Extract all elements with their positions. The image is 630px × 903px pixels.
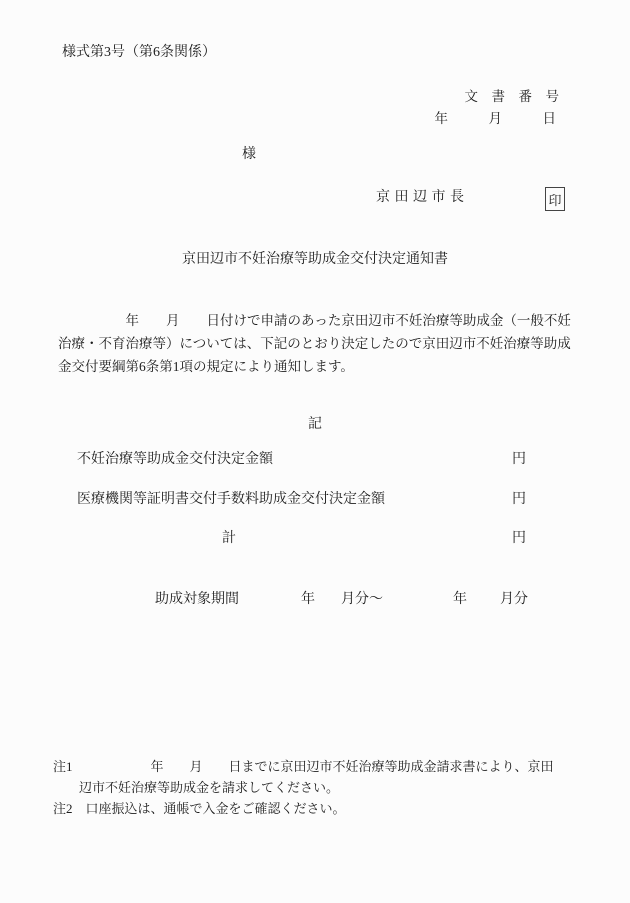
period-from-year-blank: 年 (301, 592, 315, 608)
document-title: 京田辺市不妊治療等助成金交付決定通知書 (0, 248, 630, 268)
item-label-total: 計 (222, 531, 236, 547)
body-line-3: 金交付要綱第6条第1項の規定により通知します。 (58, 355, 578, 378)
item-unit-yen-3: 円 (512, 531, 526, 547)
item-unit-yen-2: 円 (512, 492, 526, 508)
note-1-line-2: 辺市不妊治療等助成金を請求してください。 (53, 777, 593, 798)
date-blank-line: 年 月 日 (435, 111, 557, 127)
period-from-month-blank: 月分～ (341, 592, 383, 608)
item-unit-yen-1: 円 (512, 452, 526, 468)
footnotes: 注1 年 月 日までに京田辺市不妊治療等助成金請求書により、京田 辺市不妊治療等… (53, 756, 593, 819)
body-line-2: 治療・不育治療等）については、下記のとおり決定したので京田辺市不妊治療等助成 (58, 332, 578, 355)
period-to-year-blank: 年 (453, 592, 467, 608)
document-number-label: 文 書 番 号 (465, 89, 560, 105)
item-label-fertility-amount: 不妊治療等助成金交付決定金額 (77, 452, 273, 468)
period-to-month-blank: 月分 (500, 592, 528, 608)
form-number: 様式第3号（第6条関係） (62, 45, 216, 61)
recipient-suffix: 様 (242, 147, 256, 163)
body-line-1: 年 月 日付けで申請のあった京田辺市不妊治療等助成金（一般不妊 (58, 309, 578, 332)
seal-placeholder: 印 (545, 187, 565, 211)
body-paragraph: 年 月 日付けで申請のあった京田辺市不妊治療等助成金（一般不妊 治療・不育治療等… (58, 309, 578, 378)
document-page: 様式第3号（第6条関係） 文 書 番 号 年 月 日 様 京田辺市長 印 京田辺… (0, 0, 630, 903)
sender-title: 京田辺市長 (376, 190, 469, 206)
note-1-line-1: 注1 年 月 日までに京田辺市不妊治療等助成金請求書により、京田 (53, 756, 593, 777)
item-label-certificate-fee-amount: 医療機関等証明書交付手数料助成金交付決定金額 (77, 492, 385, 508)
period-label: 助成対象期間 (155, 592, 239, 608)
note-2-line-1: 注2 口座振込は、通帳で入金をご確認ください。 (53, 798, 593, 819)
ki-marker: 記 (0, 413, 630, 433)
